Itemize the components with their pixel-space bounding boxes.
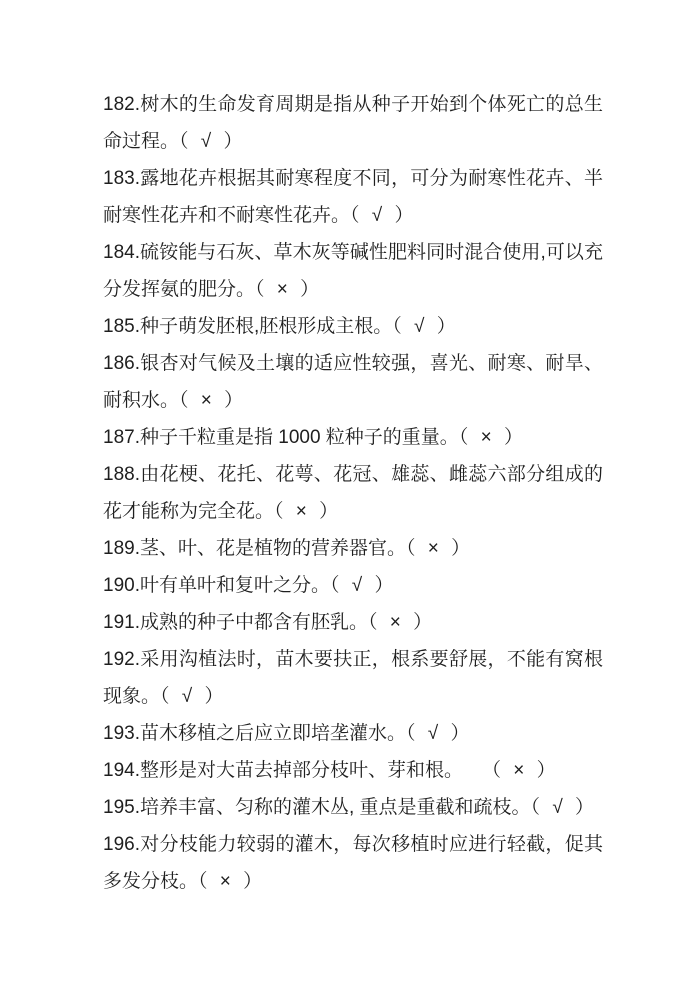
question-text: 196.对分枝能力较弱的灌木，每次移植时应进行轻截，促其多发分枝。 — [103, 834, 603, 892]
answer-mark: （ × ） — [179, 390, 243, 411]
document-page: 182.树木的生命发育周期是指从种子开始到个体死亡的总生命过程。（ √ ）183… — [0, 0, 700, 991]
answer-mark: （ × ） — [459, 427, 523, 448]
question-item: 193.苗木移植之后应立即培垄灌水。（ √ ） — [103, 715, 603, 752]
question-item: 189.茎、叶、花是植物的营养器官。（ × ） — [103, 530, 603, 567]
question-item: 187.种子千粒重是指 1000 粒种子的重量。（ × ） — [103, 419, 603, 456]
question-item: 194.整形是对大苗去掉部分枝叶、芽和根。 （ × ） — [103, 752, 603, 789]
question-item: 184.硫铵能与石灰、草木灰等碱性肥料同时混合使用,可以充分发挥氨的肥分。（ ×… — [103, 234, 603, 308]
question-item: 186.银杏对气候及土壤的适应性较强，喜光、耐寒、耐旱、耐积水。（ × ） — [103, 345, 603, 419]
question-item: 182.树木的生命发育周期是指从种子开始到个体死亡的总生命过程。（ √ ） — [103, 86, 603, 160]
question-text: 194.整形是对大苗去掉部分枝叶、芽和根。 — [103, 760, 491, 781]
question-list: 182.树木的生命发育周期是指从种子开始到个体死亡的总生命过程。（ √ ）183… — [103, 86, 603, 900]
question-item: 185.种子萌发胚根,胚根形成主根。（ √ ） — [103, 308, 603, 345]
answer-mark: （ √ ） — [406, 723, 470, 744]
question-text: 187.种子千粒重是指 1000 粒种子的重量。 — [103, 427, 459, 448]
question-item: 192.采用沟植法时，苗木要扶正，根系要舒展，不能有窝根现象。（ √ ） — [103, 641, 603, 715]
question-item: 195.培养丰富、匀称的灌木丛, 重点是重截和疏枝。（ √ ） — [103, 789, 603, 826]
answer-mark: （ × ） — [406, 538, 470, 559]
question-text: 190.叶有单叶和复叶之分。 — [103, 575, 330, 596]
answer-mark: （ × ） — [255, 279, 319, 300]
question-text: 193.苗木移植之后应立即培垄灌水。 — [103, 723, 406, 744]
question-text: 185.种子萌发胚根,胚根形成主根。 — [103, 316, 392, 337]
question-text: 186.银杏对气候及土壤的适应性较强，喜光、耐寒、耐旱、耐积水。 — [103, 353, 603, 411]
question-item: 191.成熟的种子中都含有胚乳。（ × ） — [103, 604, 603, 641]
answer-mark: （ × ） — [368, 612, 432, 633]
question-item: 190.叶有单叶和复叶之分。（ √ ） — [103, 567, 603, 604]
question-item: 196.对分枝能力较弱的灌木，每次移植时应进行轻截，促其多发分枝。（ × ） — [103, 826, 603, 900]
answer-mark: （ × ） — [491, 760, 555, 781]
question-text: 184.硫铵能与石灰、草木灰等碱性肥料同时混合使用,可以充分发挥氨的肥分。 — [103, 242, 603, 300]
answer-mark: （ √ ） — [179, 131, 243, 152]
question-item: 188.由花梗、花托、花萼、花冠、雄蕊、雌蕊六部分组成的花才能称为完全花。（ ×… — [103, 456, 603, 530]
answer-mark: （ × ） — [198, 871, 262, 892]
answer-mark: （ √ ） — [330, 575, 394, 596]
question-text: 191.成熟的种子中都含有胚乳。 — [103, 612, 368, 633]
question-text: 182.树木的生命发育周期是指从种子开始到个体死亡的总生命过程。 — [103, 94, 603, 152]
question-text: 195.培养丰富、匀称的灌木丛, 重点是重截和疏枝。 — [103, 797, 531, 818]
answer-mark: （ × ） — [274, 501, 338, 522]
answer-mark: （ √ ） — [160, 686, 224, 707]
answer-mark: （ √ ） — [392, 316, 456, 337]
question-item: 183.露地花卉根据其耐寒程度不同，可分为耐寒性花卉、半耐寒性花卉和不耐寒性花卉… — [103, 160, 603, 234]
question-text: 188.由花梗、花托、花萼、花冠、雄蕊、雌蕊六部分组成的花才能称为完全花。 — [103, 464, 603, 522]
answer-mark: （ √ ） — [531, 797, 595, 818]
answer-mark: （ √ ） — [350, 205, 414, 226]
question-text: 189.茎、叶、花是植物的营养器官。 — [103, 538, 406, 559]
